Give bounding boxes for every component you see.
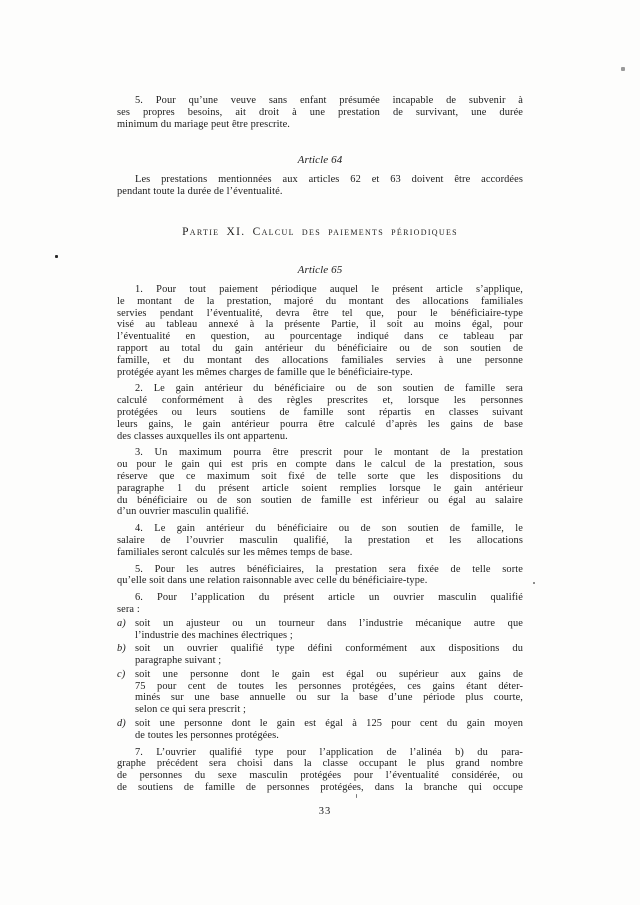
text-line: selon ce qui sera prescrit ; — [135, 704, 523, 716]
text-line: soit une personne dont le gain est égal … — [135, 669, 523, 681]
text-line: le montant de la prestation, majoré du m… — [117, 296, 523, 308]
list-item-body: soit une personne dont le gain est égal … — [135, 718, 523, 742]
text-line: des classes auxquelles ils ont appartenu… — [117, 431, 523, 443]
text-line: paragraphe suivant ; — [135, 655, 523, 667]
list-item-label: c) — [117, 669, 125, 681]
text-line: leurs gains, le gain antérieur pourra êt… — [117, 419, 523, 431]
scan-speck — [533, 582, 535, 584]
paragraph: 2. Le gain antérieur du bénéficiaire ou … — [117, 383, 523, 442]
text-line: soit un ouvrier qualifié type défini con… — [135, 643, 523, 655]
text-line: 3. Un maximum pourra être prescrit pour … — [117, 447, 523, 459]
paragraph: 1. Pour tout paiement périodique auquel … — [117, 284, 523, 378]
text-line: 1. Pour tout paiement périodique auquel … — [117, 284, 523, 296]
text-line: sera : — [117, 604, 523, 616]
text-line: 5. Pour qu’une veuve sans enfant présumé… — [117, 95, 523, 107]
text-line: ou pour le gain qui est pris en compte d… — [117, 459, 523, 471]
text-line: qu’elle soit dans une relation raisonnab… — [117, 575, 523, 587]
list-item-body: soit un ouvrier qualifié type défini con… — [135, 643, 523, 667]
text-line: l’éventualité en question, au pourcentag… — [117, 331, 523, 343]
text-line: servies pendant l’éventualité, devra êtr… — [117, 308, 523, 320]
text-line: protégées ou leurs soutiens de famille s… — [117, 407, 523, 419]
text-line: réserve que ce maximum soit fixé de tell… — [117, 471, 523, 483]
text-line: protégée ayant les mêmes charges de fami… — [117, 367, 523, 379]
paragraph: 5. Pour qu’une veuve sans enfant présumé… — [117, 95, 523, 130]
text-line: l’industrie des machines électriques ; — [135, 630, 523, 642]
text-line: minimum du mariage peut être prescrite. — [117, 119, 523, 131]
article-heading: Article 65 — [117, 264, 523, 276]
text-line: 6. Pour l’application du présent article… — [117, 592, 523, 604]
text-line: visé au tableau annexé à la présente Par… — [117, 319, 523, 331]
text-line: 5. Pour les autres bénéficiaires, la pre… — [117, 564, 523, 576]
text-line: graphe précédent sera choisi dans la cla… — [117, 758, 523, 770]
text-line: minés sur une base annuelle ou sur la ba… — [135, 692, 523, 704]
list-item-body: soit une personne dont le gain est égal … — [135, 669, 523, 716]
text-line: Les prestations mentionnées aux articles… — [117, 174, 523, 186]
list-item: d)soit une personne dont le gain est éga… — [117, 718, 523, 742]
page-number: 33 — [117, 806, 533, 817]
paragraph: 7. L’ouvrier qualifié type pour l’applic… — [117, 747, 523, 794]
scan-speck — [621, 67, 625, 71]
text-line: 7. L’ouvrier qualifié type pour l’applic… — [117, 747, 523, 759]
list-item-body: soit un ajusteur ou un tourneur dans l’i… — [135, 618, 523, 642]
text-line: calculé conformément à des règles prescr… — [117, 395, 523, 407]
text-line: soit un ajusteur ou un tourneur dans l’i… — [135, 618, 523, 630]
text-line: soit une personne dont le gain est égal … — [135, 718, 523, 730]
part-heading: Partie XI. Calcul des paiements périodiq… — [117, 226, 523, 238]
paragraph: 3. Un maximum pourra être prescrit pour … — [117, 447, 523, 518]
list-item: c)soit une personne dont le gain est éga… — [117, 669, 523, 716]
scan-speck — [356, 794, 357, 798]
text-line: ses propres besoins, ait droit à une pre… — [117, 107, 523, 119]
text-line: du bénéficiaire ou de son soutien de fam… — [117, 495, 523, 507]
list-item: b)soit un ouvrier qualifié type défini c… — [117, 643, 523, 667]
text-line: famille, et du montant des allocations f… — [117, 355, 523, 367]
paragraph: 5. Pour les autres bénéficiaires, la pre… — [117, 564, 523, 588]
text-line: 75 pour cent de toutes les personnes pro… — [135, 681, 523, 693]
text-line: familiales seront calculés sur les mêmes… — [117, 547, 523, 559]
text-line: pendant toute la durée de l’éventualité. — [117, 186, 523, 198]
text-line: 2. Le gain antérieur du bénéficiaire ou … — [117, 383, 523, 395]
text-line: de soutiens de famille de personnes prot… — [117, 782, 523, 794]
document-content: 5. Pour qu’une veuve sans enfant présumé… — [117, 95, 523, 794]
list-item: a)soit un ajusteur ou un tourneur dans l… — [117, 618, 523, 642]
list-item-label: b) — [117, 643, 126, 655]
article-heading: Article 64 — [117, 154, 523, 166]
scan-speck — [55, 255, 58, 258]
text-line: salaire de l’ouvrier masculin qualifié, … — [117, 535, 523, 547]
text-line: rapport au total du gain antérieur du bé… — [117, 343, 523, 355]
text-line: d’un ouvrier masculin qualifié. — [117, 506, 523, 518]
text-line: paragraphe 1 du présent article soient r… — [117, 483, 523, 495]
paragraph: 4. Le gain antérieur du bénéficiaire ou … — [117, 523, 523, 558]
paragraph: 6. Pour l’application du présent article… — [117, 592, 523, 616]
list-item-label: a) — [117, 618, 126, 630]
text-line: de personnes du sexe masculin protégées … — [117, 770, 523, 782]
paragraph: Les prestations mentionnées aux articles… — [117, 174, 523, 198]
text-line: 4. Le gain antérieur du bénéficiaire ou … — [117, 523, 523, 535]
text-line: de toutes les personnes protégées. — [135, 730, 523, 742]
list-item-label: d) — [117, 718, 126, 730]
document-page: 5. Pour qu’une veuve sans enfant présumé… — [0, 0, 640, 905]
